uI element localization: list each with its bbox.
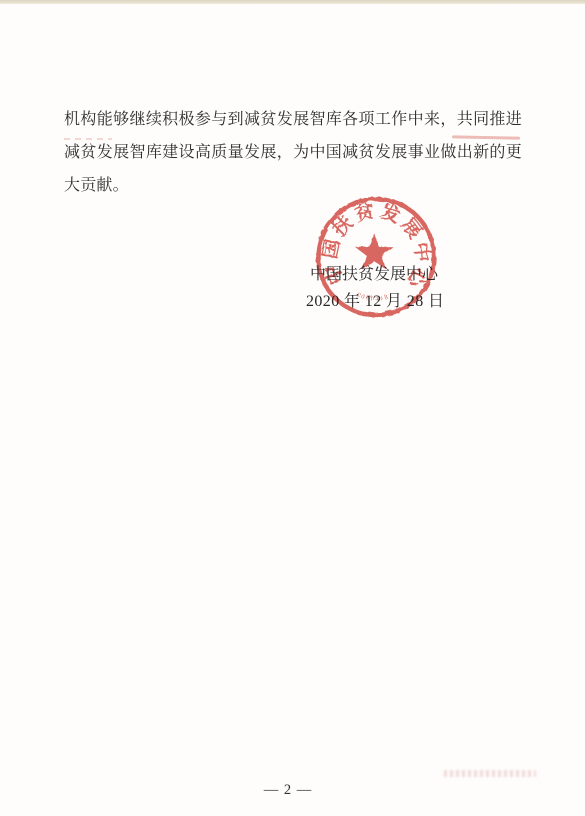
document-page: 机构能够继续积极参与到减贫发展智库各项工作中来，共同推进 减贫发展智库建设高质量… <box>0 0 585 816</box>
page-number: — 2 — <box>264 782 313 798</box>
page-number-footer: — 2 — <box>0 782 576 799</box>
paragraph-line: 大贡献。 <box>64 169 522 202</box>
paragraph-line: 机构能够继续积极参与到减贫发展智库各项工作中来，共同推进 <box>64 103 522 136</box>
signature-date: 2020 年 12 月 28 日 <box>306 288 444 311</box>
scan-edge-top <box>0 0 585 4</box>
scan-artifact-pink-smudge <box>444 770 536 777</box>
signature-organization: 中国扶贫发展中心 <box>310 261 438 284</box>
paragraph-line: 减贫发展智库建设高质量发展，为中国减贫发展事业做出新的更 <box>64 136 522 169</box>
body-paragraph: 机构能够继续积极参与到减贫发展智库各项工作中来，共同推进 减贫发展智库建设高质量… <box>64 103 522 202</box>
